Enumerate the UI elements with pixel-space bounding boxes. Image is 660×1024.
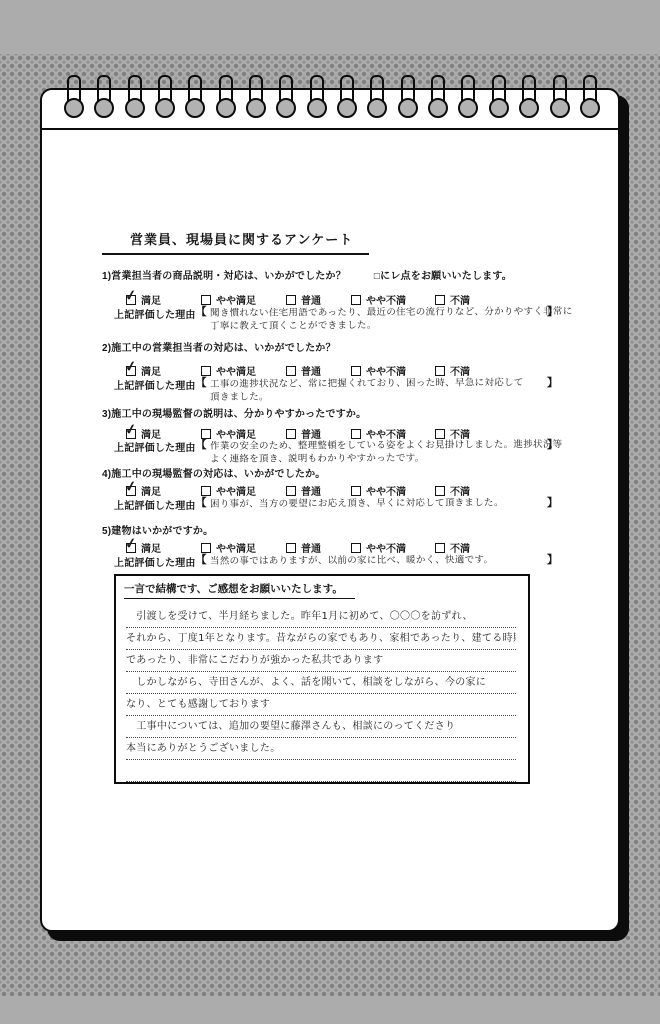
comment-line: であったり、非常にこだわりが強かった私共であります	[126, 650, 516, 672]
binder-ring-icon	[246, 75, 262, 121]
open-bracket: 【	[196, 306, 207, 318]
checkbox-icon[interactable]	[351, 366, 361, 376]
checked-checkbox-icon[interactable]	[126, 366, 136, 376]
checkbox-option[interactable]: やや満足	[201, 292, 286, 307]
checkbox-option[interactable]: やや不満	[351, 483, 435, 498]
question-1: 1)営業担当者の商品説明・対応は、いかがでしたか？□にレ点をお願いいたします。	[102, 267, 512, 282]
option-label: 普通	[301, 483, 321, 498]
binder-ring-icon	[519, 75, 535, 121]
question-3-reason: 上記評価した理由 【 作業の安全のため、整理整頓をしている姿をよくお見掛けしまし…	[114, 439, 558, 465]
option-label: やや不満	[366, 292, 406, 307]
question-4-options: 満足 やや満足 普通 やや不満 不満	[126, 483, 470, 498]
open-bracket: 【	[196, 377, 207, 389]
checkbox-option[interactable]: 普通	[286, 363, 351, 378]
binder-ring-icon	[489, 75, 505, 121]
comment-line	[126, 760, 516, 782]
checkbox-icon[interactable]	[435, 543, 445, 553]
option-label: 満足	[141, 292, 161, 307]
option-label: やや満足	[216, 292, 256, 307]
checkbox-option[interactable]: やや満足	[201, 540, 286, 555]
checkbox-instruction: □にレ点をお願いいたします。	[374, 271, 512, 282]
option-label: 満足	[141, 483, 161, 498]
checkbox-option[interactable]: 普通	[286, 540, 351, 555]
comment-line: 引渡しを受けて、半月経ちました。昨年1月に初めて、〇〇〇を訪ずれ、	[126, 606, 516, 628]
checkbox-icon[interactable]	[286, 486, 296, 496]
survey-form: 営業員、現場員に関するアンケート 1)営業担当者の商品説明・対応は、いかがでした…	[42, 90, 618, 930]
checkbox-icon[interactable]	[201, 366, 211, 376]
binder-ring-icon	[185, 75, 201, 121]
close-bracket: 】	[547, 377, 558, 389]
binder-ring-icon	[307, 75, 323, 121]
checkbox-icon[interactable]	[201, 295, 211, 305]
question-5: 5)建物はいかがですか。	[102, 522, 213, 537]
checkbox-option[interactable]: やや不満	[351, 363, 435, 378]
binder-ring-icon	[367, 75, 383, 121]
handwriting-line: 困り事が、当方の要望にお応え頂き、早くに対応して頂きました。	[210, 496, 544, 511]
binder-ring-icon	[337, 75, 353, 121]
checkbox-icon[interactable]	[351, 486, 361, 496]
option-label: 普通	[301, 540, 321, 555]
checkbox-icon[interactable]	[201, 543, 211, 553]
checkbox-option[interactable]: 普通	[286, 292, 351, 307]
checkbox-option[interactable]: 満足	[126, 540, 201, 555]
handwritten-reason: 聞き慣れない住宅用語であったり、最近の住宅の流行りなど、分かりやすく非常に 丁寧…	[207, 306, 547, 332]
question-4: 4)施工中の現場監督の対応は、いかがでしたか。	[102, 465, 326, 480]
comment-lines: 引渡しを受けて、半月経ちました。昨年1月に初めて、〇〇〇を訪ずれ、 それから、丁…	[126, 606, 516, 782]
checkbox-option[interactable]: 満足	[126, 292, 201, 307]
binder-ring-icon	[276, 75, 292, 121]
close-bracket: 】	[547, 554, 558, 566]
option-label: 満足	[141, 363, 161, 378]
reason-label: 上記評価した理由	[114, 554, 196, 569]
checkbox-option[interactable]: 満足	[126, 363, 201, 378]
option-label: 満足	[141, 540, 161, 555]
comment-line: なり、とても感謝しております	[126, 694, 516, 716]
binder-ring-icon	[64, 75, 80, 121]
option-label: やや満足	[216, 363, 256, 378]
handwriting-line: 丁寧に教えて頂くことができました。	[210, 318, 544, 333]
question-5-options: 満足 やや満足 普通 やや不満 不満	[126, 540, 470, 555]
checkbox-option[interactable]: やや不満	[351, 292, 435, 307]
question-5-text: 5)建物はいかがですか。	[102, 526, 213, 537]
comment-line: 本当にありがとうございました。	[126, 738, 516, 760]
checkbox-icon[interactable]	[286, 543, 296, 553]
binder-ring-icon	[216, 75, 232, 121]
comment-box-header: 一言で結構です、ご感想をお願いいたします。	[124, 581, 355, 599]
reason-label: 上記評価した理由	[114, 497, 196, 512]
open-bracket: 【	[196, 554, 207, 566]
handwritten-reason: 当然の事ではありますが、以前の家に比べ、暖かく、快適です。	[207, 554, 547, 567]
option-label: やや不満	[366, 483, 406, 498]
reason-label: 上記評価した理由	[114, 306, 196, 321]
checkbox-icon[interactable]	[435, 295, 445, 305]
handwriting-line: 頂きました。	[210, 389, 544, 404]
checkbox-icon[interactable]	[201, 486, 211, 496]
spiral-binding	[64, 75, 596, 123]
binder-ring-icon	[580, 75, 596, 121]
handwritten-reason: 工事の進捗状況など、常に把握くれており、困った時、早急に対応して 頂きました。	[207, 377, 547, 403]
handwriting-line: よく連絡を頂き、説明もわかりやすかったです。	[210, 451, 544, 466]
binder-ring-icon	[550, 75, 566, 121]
question-4-reason: 上記評価した理由 【 困り事が、当方の要望にお応え頂き、早くに対応して頂きました…	[114, 497, 558, 512]
checkbox-option[interactable]: 満足	[126, 483, 201, 498]
comment-line: しかしながら、寺田さんが、よく、話を聞いて、相談をしながら、今の家に	[126, 672, 516, 694]
binder-ring-icon	[94, 75, 110, 121]
question-5-reason: 上記評価した理由 【 当然の事ではありますが、以前の家に比べ、暖かく、快適です。…	[114, 554, 558, 569]
question-2-reason: 上記評価した理由 【 工事の進捗状況など、常に把握くれており、困った時、早急に対…	[114, 377, 558, 403]
checked-checkbox-icon[interactable]	[126, 543, 136, 553]
question-3: 3)施工中の現場監督の説明は、分かりやすかったですか。	[102, 405, 366, 420]
checked-checkbox-icon[interactable]	[126, 295, 136, 305]
checkbox-icon[interactable]	[351, 543, 361, 553]
binder-ring-icon	[125, 75, 141, 121]
comment-box: 一言で結構です、ご感想をお願いいたします。 引渡しを受けて、半月経ちました。昨年…	[114, 574, 530, 784]
form-title: 営業員、現場員に関するアンケート	[102, 229, 369, 255]
reason-label: 上記評価した理由	[114, 439, 196, 454]
notepad-page: 営業員、現場員に関するアンケート 1)営業担当者の商品説明・対応は、いかがでした…	[40, 88, 620, 932]
question-3-text: 3)施工中の現場監督の説明は、分かりやすかったですか。	[102, 409, 366, 420]
checkbox-icon[interactable]	[201, 429, 211, 439]
checkbox-icon[interactable]	[286, 429, 296, 439]
checkbox-icon[interactable]	[286, 295, 296, 305]
reason-label: 上記評価した理由	[114, 377, 196, 392]
option-label: 普通	[301, 363, 321, 378]
question-1-reason: 上記評価した理由 【 聞き慣れない住宅用語であったり、最近の住宅の流行りなど、分…	[114, 306, 558, 332]
checkbox-icon[interactable]	[435, 429, 445, 439]
binder-ring-icon	[428, 75, 444, 121]
option-label: やや不満	[366, 540, 406, 555]
checkbox-icon[interactable]	[351, 295, 361, 305]
question-2-text: 2)施工中の営業担当者の対応は、いかがでしたか？	[102, 343, 336, 354]
checkbox-icon[interactable]	[435, 486, 445, 496]
checkbox-icon[interactable]	[351, 429, 361, 439]
checkbox-option[interactable]: 普通	[286, 483, 351, 498]
binder-ring-icon	[458, 75, 474, 121]
question-1-text: 1)営業担当者の商品説明・対応は、いかがでしたか？	[102, 271, 346, 282]
comment-line: 工事中については、追加の要望に藤澤さんも、相談にのってくださり	[126, 716, 516, 738]
comment-line: それから、丁度1年となります。昔ながらの家でもあり、家相であったり、建てる時期	[126, 628, 516, 650]
binder-ring-icon	[155, 75, 171, 121]
checkbox-option[interactable]: やや不満	[351, 540, 435, 555]
checked-checkbox-icon[interactable]	[126, 429, 136, 439]
checkbox-icon[interactable]	[435, 366, 445, 376]
checked-checkbox-icon[interactable]	[126, 486, 136, 496]
open-bracket: 【	[196, 497, 207, 509]
checkbox-option[interactable]: やや満足	[201, 483, 286, 498]
binder-ring-icon	[398, 75, 414, 121]
handwriting-line: 当然の事ではありますが、以前の家に比べ、暖かく、快適です。	[210, 553, 544, 568]
open-bracket: 【	[196, 439, 207, 451]
question-2-options: 満足 やや満足 普通 やや不満 不満	[126, 363, 470, 378]
close-bracket: 】	[547, 497, 558, 509]
option-label: 普通	[301, 292, 321, 307]
option-label: やや満足	[216, 483, 256, 498]
checkbox-option[interactable]: やや満足	[201, 363, 286, 378]
question-1-options: 満足 やや満足 普通 やや不満 不満	[126, 292, 470, 307]
option-label: やや不満	[366, 363, 406, 378]
checkbox-icon[interactable]	[286, 366, 296, 376]
handwritten-reason: 困り事が、当方の要望にお応え頂き、早くに対応して頂きました。	[207, 497, 547, 510]
question-2: 2)施工中の営業担当者の対応は、いかがでしたか？	[102, 339, 336, 354]
handwritten-reason: 作業の安全のため、整理整頓をしている姿をよくお見掛けしました。進捗状況等 よく連…	[207, 439, 547, 465]
option-label: やや満足	[216, 540, 256, 555]
